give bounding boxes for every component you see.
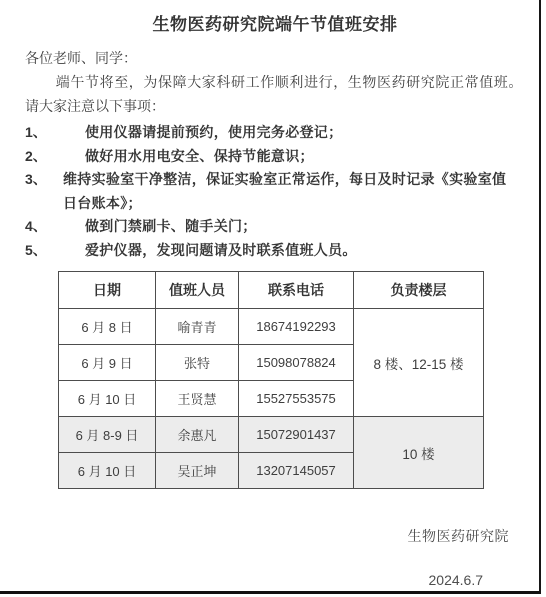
rule-item-3: 3、 维持实验室干净整洁，保证实验室正常运作，每日及时记录《实验室值日台账本》；	[25, 168, 539, 215]
rule-text: 爱护仪器，发现问题请及时联系值班人员。	[63, 239, 357, 263]
col-header-person: 值班人员	[156, 272, 239, 309]
col-header-floor: 负责楼层	[354, 272, 484, 309]
rule-item-5: 5、 爱护仪器，发现问题请及时联系值班人员。	[25, 239, 539, 263]
cell-person: 吴正坤	[156, 453, 239, 489]
cell-person: 张特	[156, 345, 239, 381]
cell-date: 6 月 10 日	[59, 453, 156, 489]
document-page: 生物医药研究院端午节值班安排 各位老师、同学： 端午节将至，为保障大家科研工作顺…	[0, 0, 541, 594]
greeting-line: 各位老师、同学：	[25, 46, 539, 70]
cell-date: 6 月 8-9 日	[59, 417, 156, 453]
issue-date: 2024.6.7	[25, 572, 539, 588]
duty-rules-list: 1、 使用仪器请提前预约，使用完务必登记； 2、 做好用水用电安全、保持节能意识…	[25, 121, 539, 262]
rule-number: 1、	[25, 121, 63, 145]
rule-text: 维持实验室干净整洁，保证实验室正常运作，每日及时记录《实验室值日台账本》；	[63, 168, 508, 215]
rule-text: 做好用水用电安全、保持节能意识；	[63, 145, 314, 169]
col-header-phone: 联系电话	[239, 272, 354, 309]
rule-item-4: 4、 做到门禁刷卡、随手关门；	[25, 215, 539, 239]
cell-person: 王贤慧	[156, 381, 239, 417]
table-header-row: 日期 值班人员 联系电话 负责楼层	[59, 272, 484, 309]
duty-schedule-table: 日期 值班人员 联系电话 负责楼层 6 月 8 日 喻青青 1867419229…	[58, 271, 484, 489]
signature: 生物医药研究院	[25, 526, 539, 546]
cell-phone: 15098078824	[239, 345, 354, 381]
cell-date: 6 月 10 日	[59, 381, 156, 417]
rule-item-2: 2、 做好用水用电安全、保持节能意识；	[25, 145, 539, 169]
cell-phone: 15072901437	[239, 417, 354, 453]
col-header-date: 日期	[59, 272, 156, 309]
intro-paragraph: 端午节将至，为保障大家科研工作顺利进行，生物医药研究院正常值班。	[25, 70, 530, 94]
table-row: 6 月 8-9 日 余惠凡 15072901437 10 楼	[59, 417, 484, 453]
rule-number: 3、	[25, 168, 63, 215]
cell-person: 喻青青	[156, 309, 239, 345]
cell-floor-group-1: 8 楼、12-15 楼	[354, 309, 484, 417]
cell-person: 余惠凡	[156, 417, 239, 453]
rule-number: 4、	[25, 215, 63, 239]
cell-phone: 18674192293	[239, 309, 354, 345]
cell-phone: 13207145057	[239, 453, 354, 489]
cell-date: 6 月 9 日	[59, 345, 156, 381]
cell-floor-group-2: 10 楼	[354, 417, 484, 489]
rule-number: 5、	[25, 239, 63, 263]
cell-date: 6 月 8 日	[59, 309, 156, 345]
rule-text: 使用仪器请提前预约，使用完务必登记；	[63, 121, 342, 145]
cell-phone: 15527553575	[239, 381, 354, 417]
rule-text: 做到门禁刷卡、随手关门；	[63, 215, 257, 239]
rule-number: 2、	[25, 145, 63, 169]
rule-item-1: 1、 使用仪器请提前预约，使用完务必登记；	[25, 121, 539, 145]
notice-lead: 请大家注意以下事项：	[25, 94, 539, 118]
table-row: 6 月 8 日 喻青青 18674192293 8 楼、12-15 楼	[59, 309, 484, 345]
document-title: 生物医药研究院端午节值班安排	[25, 10, 525, 35]
